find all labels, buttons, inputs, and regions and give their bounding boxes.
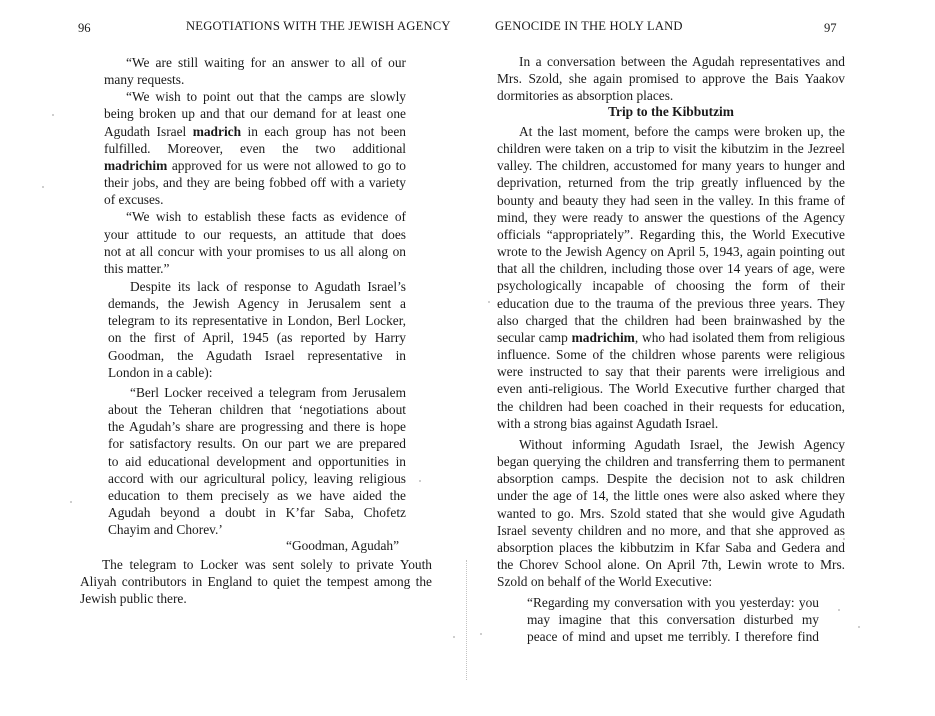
text-line: were instructed to say that their parent…	[497, 363, 845, 380]
text-line: “We are still waiting for an answer to a…	[104, 54, 406, 71]
paragraph-kibbutzim-trip: At the last moment, before the camps wer…	[497, 123, 845, 432]
text-line: with a strong bias against Agudath Israe…	[497, 415, 845, 432]
text-line: accord with our agricultural policy, lea…	[108, 470, 406, 487]
lewin-letter-quotation: “Regarding my conversation with you yest…	[527, 594, 819, 645]
text-line: “We wish to point out that the camps are…	[104, 88, 406, 105]
text-line: absorption places the kibbutzim in Kfar …	[497, 539, 845, 556]
section-heading: Trip to the Kibbutzim	[497, 104, 845, 120]
text-line: Without informing Agudath Israel, the Je…	[497, 436, 845, 453]
text-line: on the first of April, 1945 (as reported…	[108, 329, 406, 346]
text-line: In a conversation between the Agudah rep…	[497, 53, 845, 70]
scan-speck	[42, 186, 44, 188]
text-line: under the age of 14, the little ones wer…	[497, 487, 845, 504]
page-number-left: 96	[78, 21, 91, 36]
quoted-letter-block: “We are still waiting for an answer to a…	[104, 54, 406, 277]
paragraph-querying-children: Without informing Agudath Israel, the Je…	[497, 436, 845, 590]
text-line: Aliyah contributors in England to quiet …	[80, 573, 432, 590]
running-head-left: NEGOTIATIONS WITH THE JEWISH AGENCY	[186, 19, 451, 34]
paragraph-szold-conversation: In a conversation between the Agudah rep…	[497, 53, 845, 104]
text-line: Goodman, the Agudath Israel representati…	[108, 347, 406, 364]
text-line: Agudah beyond a doubt in K’far Saba, Cho…	[108, 504, 406, 521]
text-line: the Agudah’s share are progressing and t…	[108, 418, 406, 435]
term-madrichim: madrichim	[104, 158, 167, 173]
text-line: even anti-religious. The World Executive…	[497, 380, 845, 397]
text-line: absorption camps. Despite the decision n…	[497, 470, 845, 487]
text-line: Despite its lack of response to Agudath …	[108, 278, 406, 295]
cable-quotation: “Berl Locker received a telegram from Je…	[108, 384, 406, 538]
text-line: madrichim approved for us were not allow…	[104, 157, 406, 174]
text-line: telegram to its representative in London…	[108, 312, 406, 329]
text-line: Mrs. Szold, she again promised to approv…	[497, 70, 845, 87]
text-line: fulfilled. Moreover, even the two additi…	[104, 140, 406, 157]
text-line: “Berl Locker received a telegram from Je…	[108, 384, 406, 401]
text-line: valley. The children, accustomed for man…	[497, 157, 845, 174]
right-page: GENOCIDE IN THE HOLY LAND 97 In a conver…	[467, 0, 935, 716]
scan-speck	[70, 501, 72, 503]
scan-speck	[488, 301, 490, 303]
text-line: Agudath Israel madrich in each group has…	[104, 123, 406, 140]
paragraph-telegram-intro: Despite its lack of response to Agudath …	[108, 278, 406, 381]
signature: “Goodman, Agudah”	[286, 537, 426, 554]
text-line: children were taken on a trip to visit t…	[497, 140, 845, 157]
text-line: the children had been coached in their r…	[497, 398, 845, 415]
text-line: wanted to go. Mrs. Szold stated that she…	[497, 505, 845, 522]
text-line: wrote to the Jewish Agency on April 5, 1…	[497, 243, 845, 260]
text-line: for satisfactory results. On our part we…	[108, 435, 406, 452]
left-page: 96 NEGOTIATIONS WITH THE JEWISH AGENCY “…	[0, 0, 467, 716]
scan-speck	[419, 480, 421, 482]
text-line: dormitories as absorption places.	[497, 87, 845, 104]
text-line: London in a cable):	[108, 364, 406, 381]
text-line: Israel seventy children and no more, and…	[497, 522, 845, 539]
text-line: psychologically incapable of choosing th…	[497, 277, 845, 294]
text-line: about the Teheran children that ‘negotia…	[108, 401, 406, 418]
scan-speck	[52, 114, 54, 116]
text-line: also charged that the children had been …	[497, 312, 845, 329]
text-line: officials “appropriately”. Regarding thi…	[497, 226, 845, 243]
text-line: education to them precisely as we have a…	[108, 487, 406, 504]
paragraph-telegram-purpose: The telegram to Locker was sent solely t…	[80, 556, 432, 607]
page-number-right: 97	[824, 21, 837, 36]
text-line: this matter.”	[104, 260, 406, 277]
text-line: “Regarding my conversation with you yest…	[527, 594, 819, 611]
text-line: that all the children, including those o…	[497, 260, 845, 277]
scan-speck	[843, 538, 845, 540]
scan-speck	[480, 633, 482, 635]
text-line: “We wish to establish these facts as evi…	[104, 208, 406, 225]
text-line: Szold on behalf of the World Executive:	[497, 573, 845, 590]
text-line: to aid educational development and oppor…	[108, 453, 406, 470]
text-line: Chayim and Chorev.’	[108, 521, 406, 538]
text-line: influence. Some of the children whose pa…	[497, 346, 845, 363]
scan-speck	[838, 609, 840, 611]
scan-speck	[858, 626, 860, 628]
text-line: may imagine that this conversation distu…	[527, 611, 819, 628]
text-line: At the last moment, before the camps wer…	[497, 123, 845, 140]
text-line: peace of mind and upset me terribly. I t…	[527, 628, 819, 645]
term-madrich: madrich	[193, 124, 241, 139]
text-line: of excuses.	[104, 191, 406, 208]
text-line: secular camp madrichim, who had isolated…	[497, 329, 845, 346]
text-line: deprivation, returned from the trip grea…	[497, 174, 845, 191]
text-line: began querying the children and transfer…	[497, 453, 845, 470]
text-line: your attitude to our requests, an attitu…	[104, 226, 406, 243]
scan-speck	[453, 636, 455, 638]
text-line: Jewish public there.	[80, 590, 432, 607]
text-line: not at all concur with your promises to …	[104, 243, 406, 260]
text-line: mind, they were ready to answer the ques…	[497, 209, 845, 226]
text-line: education due to the trauma of the previ…	[497, 295, 845, 312]
text-line: their jobs, and they are being fobbed of…	[104, 174, 406, 191]
term-madrichim: madrichim	[572, 330, 635, 345]
text-line: The telegram to Locker was sent solely t…	[80, 556, 432, 573]
text-line: demands, the Jewish Agency in Jerusalem …	[108, 295, 406, 312]
text-line: many requests.	[104, 71, 406, 88]
text-line: bounty and beauty they had seen in the v…	[497, 192, 845, 209]
running-head-right: GENOCIDE IN THE HOLY LAND	[495, 19, 683, 34]
text-line: being broken up and that our demand for …	[104, 105, 406, 122]
text-line: the Chorev School alone. On April 7th, L…	[497, 556, 845, 573]
